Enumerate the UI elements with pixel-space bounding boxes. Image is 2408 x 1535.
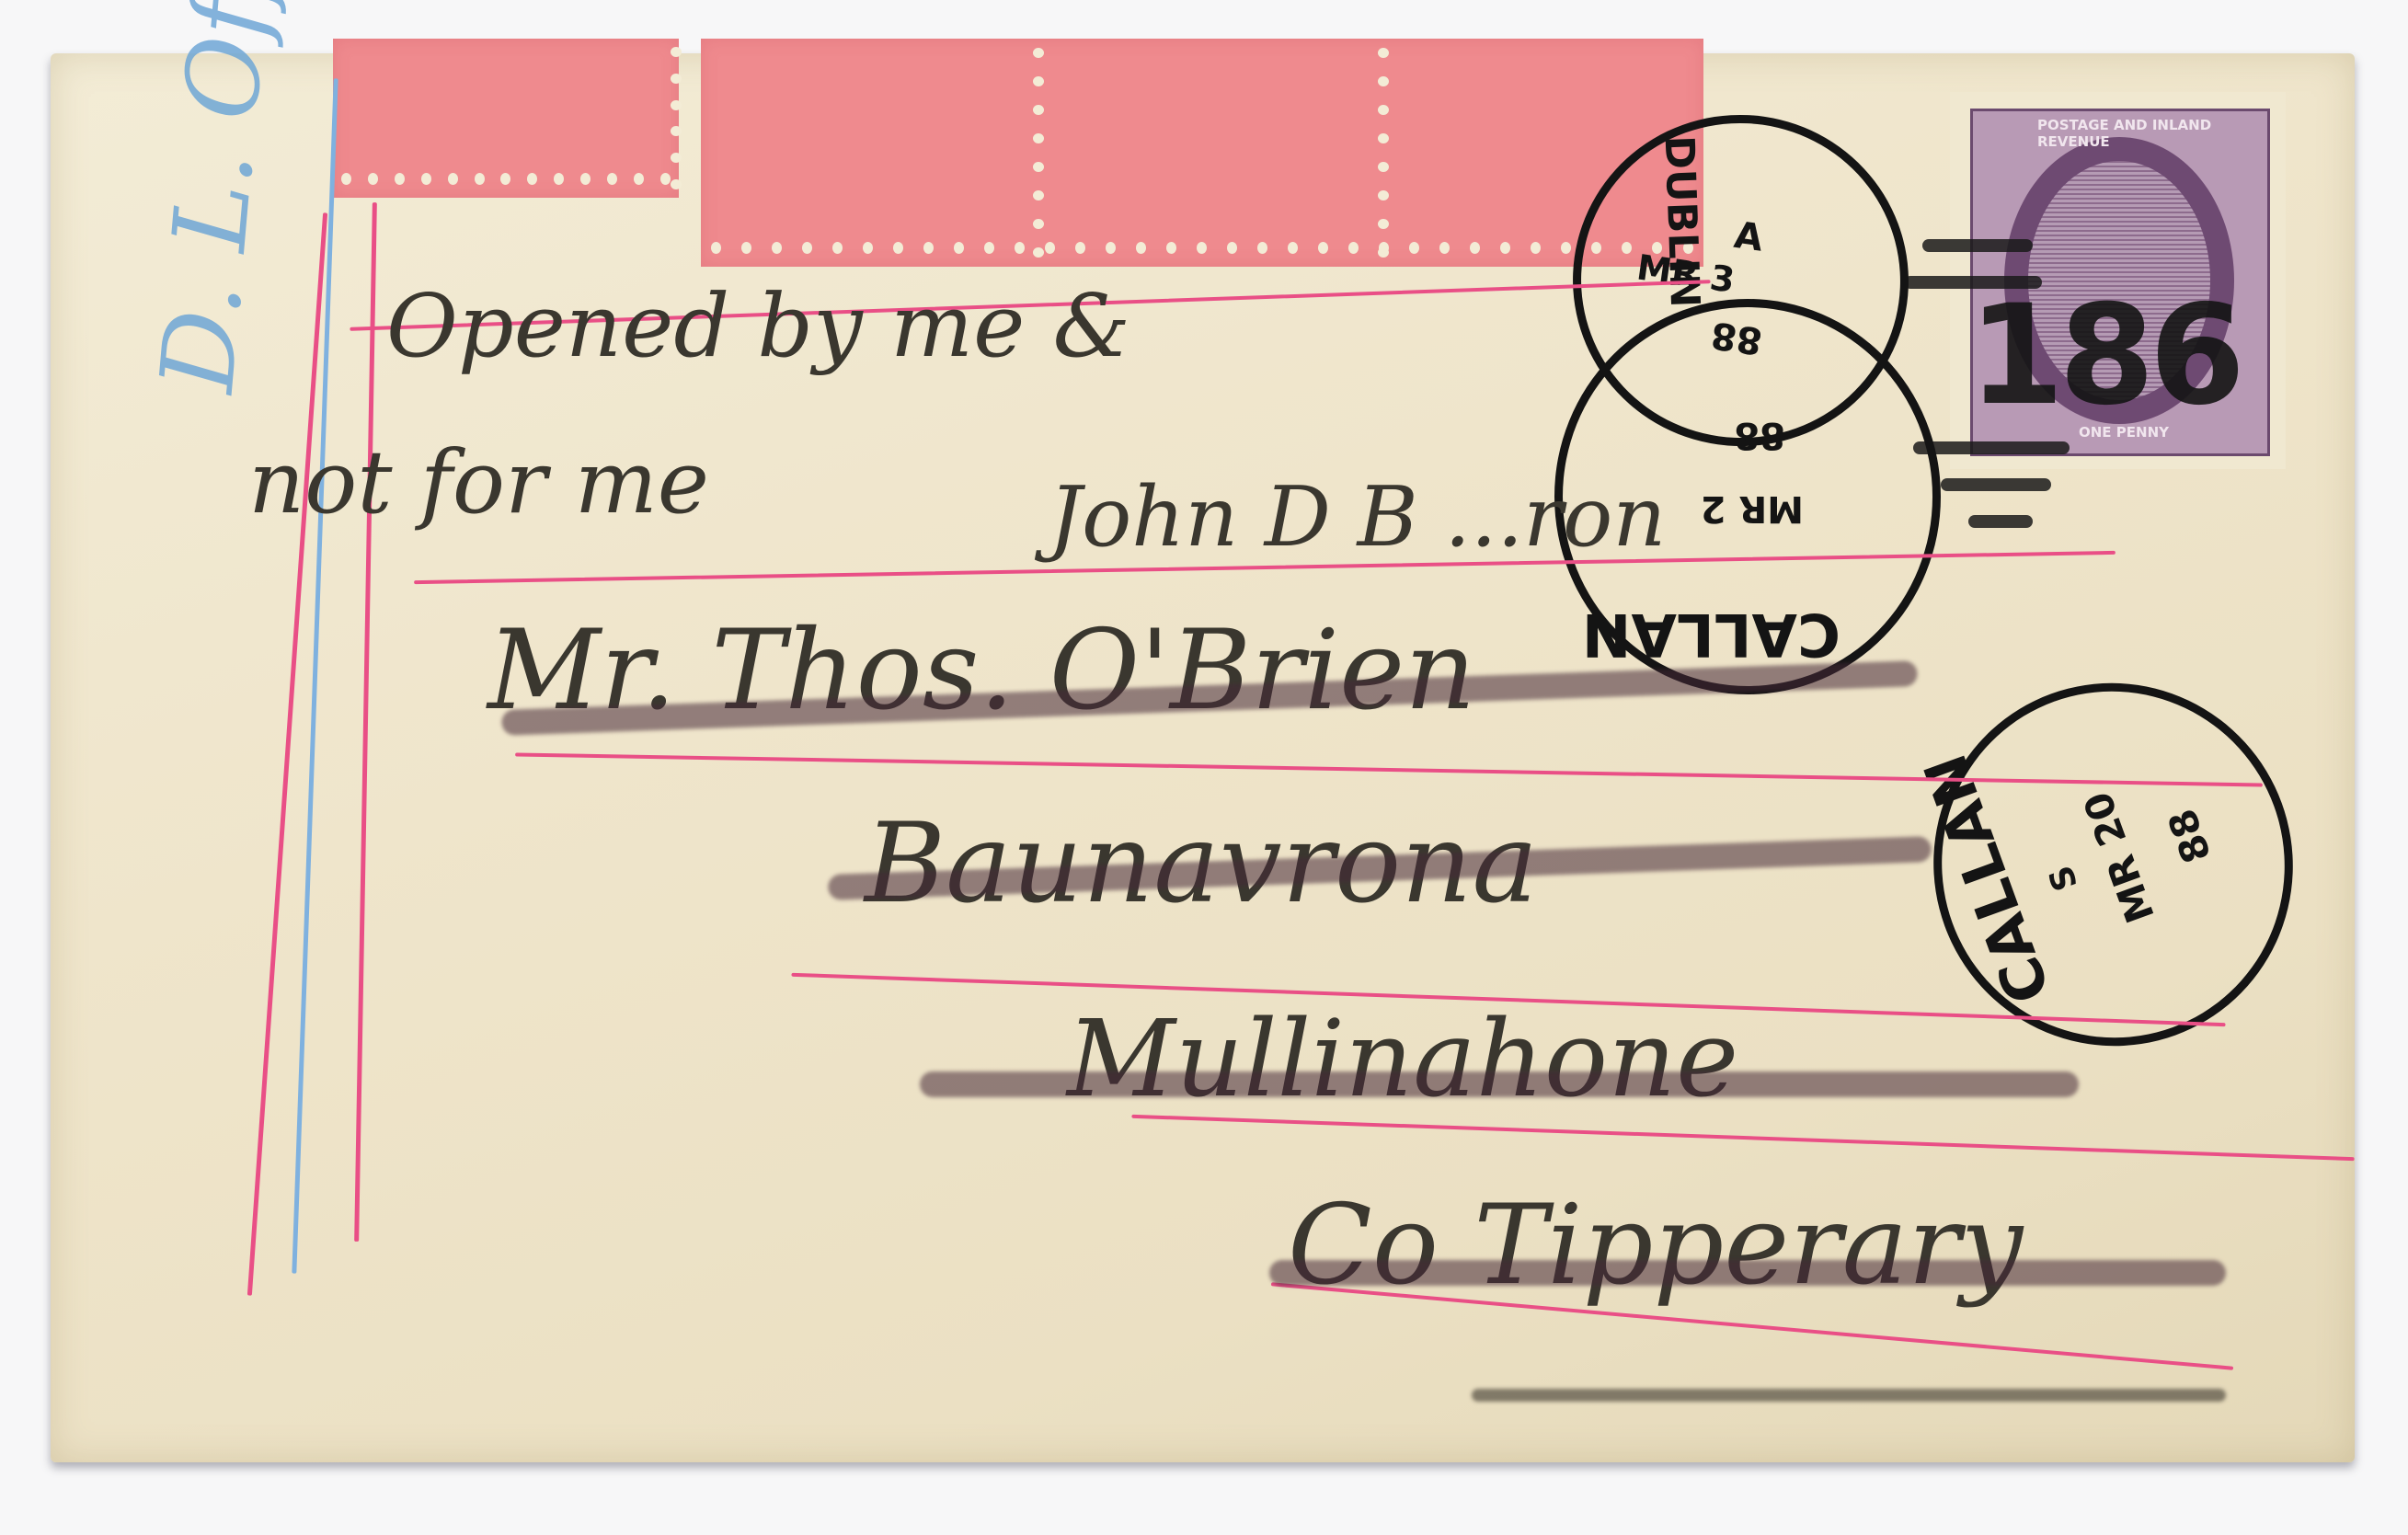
annotation-line-2: not for me (248, 432, 709, 533)
address-county: Co Tipperary (1288, 1182, 2023, 1310)
annotation-signature: John D B ...ron (1049, 469, 1666, 566)
strikethrough (1269, 1260, 2226, 1286)
address-town: Mullinahone (1067, 998, 1738, 1121)
pink-label-strip (701, 39, 1703, 267)
strikethrough (920, 1071, 2079, 1097)
annotation-line-1: Opened by me & (386, 276, 1130, 377)
ink-underline (1472, 1389, 2226, 1402)
stamp-inscription: POSTAGE AND INLAND REVENUE (2037, 117, 2267, 150)
pink-label-left (333, 39, 679, 198)
cancel-number: 186 (1968, 276, 2240, 436)
